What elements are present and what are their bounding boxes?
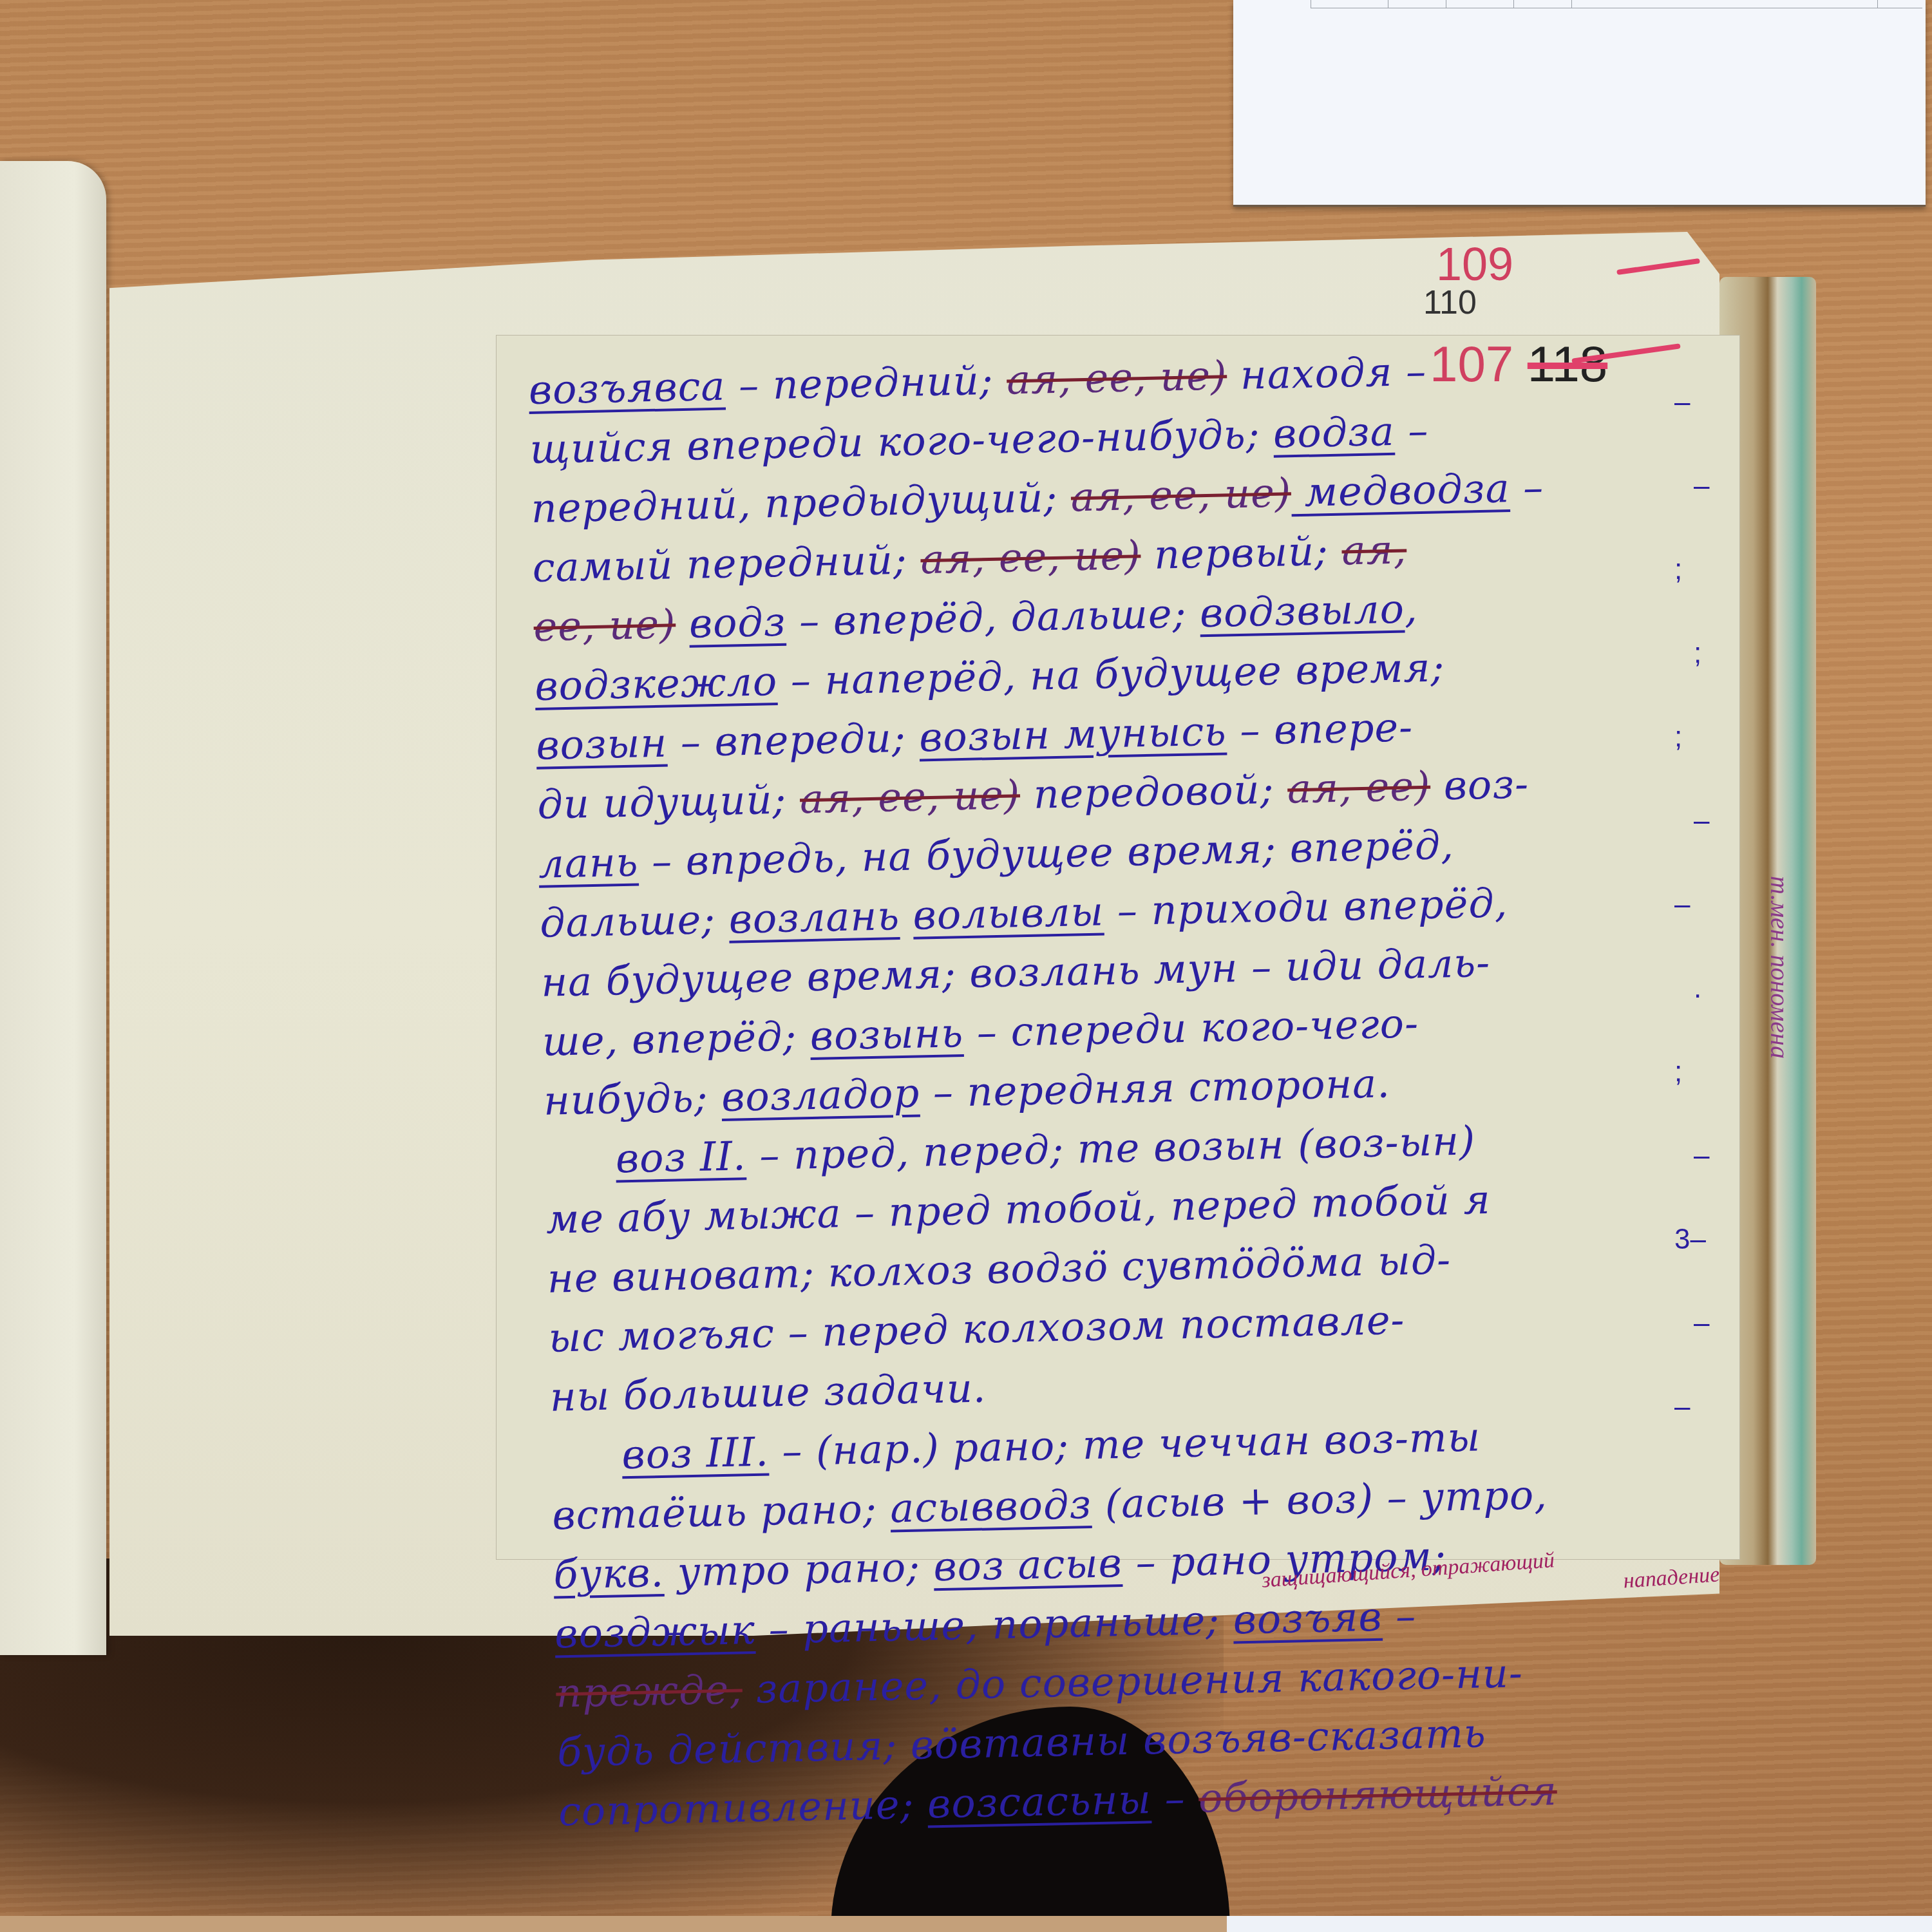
white-sheet-corner <box>1233 0 1926 207</box>
definition-text: воз- <box>1430 761 1529 810</box>
margin-note: т.мен. пономена <box>1765 876 1795 1059</box>
definition-text: самый передний; <box>532 536 921 591</box>
headword: лань <box>538 838 639 887</box>
definition-text: заранее, до совершения какого-ни- <box>742 1649 1524 1712</box>
definition-text: (асыв + воз) – утро, <box>1091 1471 1548 1528</box>
definition-text: – <box>1394 407 1429 455</box>
struck-text: прежде, <box>556 1665 743 1716</box>
definition-text: сопротивление; <box>558 1781 927 1835</box>
margin-tick: – <box>1674 889 1690 921</box>
struck-text: ее, ие) <box>533 600 676 650</box>
headword: воз асыв <box>933 1539 1123 1590</box>
definition-text: – (нар.) рано; те чеччан воз-ты <box>768 1413 1481 1475</box>
margin-tick: ; <box>1674 721 1682 753</box>
definition-text: ди идущий; <box>537 775 800 828</box>
table-grid-edge <box>1311 0 1922 8</box>
struck-text: ая, <box>1341 526 1407 574</box>
headword: водза <box>1273 408 1395 457</box>
headword: волывлы <box>913 887 1104 938</box>
headword: возджык <box>554 1606 756 1658</box>
headword: водзвыло <box>1199 585 1405 637</box>
definition-text: передовой; <box>1019 765 1288 818</box>
headword: возлань <box>728 892 900 943</box>
margin-tick: – <box>1674 1391 1690 1423</box>
definition-text: – пред, перед; те возын (воз-ын) <box>746 1117 1476 1179</box>
manuscript-text: возъявса – передний; ая, ее, ие) находя … <box>528 336 1770 1842</box>
page-number-middle: 110 <box>1423 283 1477 322</box>
margin-tick: – <box>1694 470 1709 502</box>
headword: водз <box>688 598 786 647</box>
definition-text: передний, предыдущий; <box>531 473 1072 532</box>
headword: возынь <box>810 1009 964 1059</box>
headword: возладор <box>721 1070 920 1121</box>
definition-text: встаёшь рано; <box>552 1485 891 1539</box>
definition-text: – спереди кого-чего- <box>963 999 1419 1056</box>
margin-tick: – <box>1694 1140 1709 1172</box>
definition-text: находя – <box>1226 348 1426 399</box>
headword: возсасьны <box>927 1776 1151 1827</box>
headword: возъявса <box>528 363 726 413</box>
left-page <box>0 161 106 1655</box>
definition-text: – <box>1510 464 1544 511</box>
definition-text: ше, вперёд; <box>542 1012 810 1065</box>
struck-text: ая, ее, ие) <box>799 771 1021 822</box>
struck-text: ая, ее, ие) <box>1006 352 1227 403</box>
definition-text: первый; <box>1141 527 1343 579</box>
headword: возын <box>536 719 668 769</box>
struck-text: ая, ее) <box>1287 762 1430 813</box>
margin-tick: 3– <box>1674 1224 1706 1256</box>
white-sheet-bottom <box>1227 1916 1932 1932</box>
margin-tick: . <box>1694 972 1701 1005</box>
headword: медводза <box>1291 464 1510 516</box>
headword: букв. <box>553 1549 665 1598</box>
headword: водзкежло <box>535 658 778 710</box>
definition-text: ыс могъяс – перед колхозом поставле- <box>548 1296 1405 1361</box>
definition-text: щийся впереди кого-чего-нибудь; <box>529 410 1274 473</box>
definition-text: нибудь; <box>543 1074 722 1124</box>
struck-text: ая, ее, ие) <box>1070 469 1292 520</box>
definition-text: – <box>1151 1775 1199 1823</box>
definition-text: дальше; <box>540 896 730 947</box>
definition-text: – впереди; <box>667 714 920 766</box>
headword: воз II. <box>615 1132 746 1182</box>
definition-text: – впере- <box>1226 703 1414 754</box>
definition-text: – раньше, пораньше; <box>755 1596 1233 1654</box>
definition-text: ны большие задачи. <box>549 1364 987 1420</box>
headword: асывводз <box>890 1481 1092 1532</box>
definition-text: – вперёд, дальше; <box>786 589 1200 645</box>
margin-tick: ; <box>1694 638 1701 670</box>
margin-tick: – <box>1674 386 1690 419</box>
struck-text: обороняющийся <box>1198 1767 1557 1822</box>
margin-tick: – <box>1694 805 1709 837</box>
definition-text: – наперёд, на будущее время; <box>777 643 1445 705</box>
margin-tick: – <box>1694 1307 1709 1340</box>
definition-text: , <box>1404 585 1418 632</box>
definition-text <box>675 600 689 647</box>
definition-text <box>899 892 913 939</box>
margin-tick: ; <box>1674 554 1682 586</box>
definition-text: – передний; <box>725 356 1007 409</box>
margin-tick: ; <box>1674 1056 1682 1088</box>
definition-text: утро рано; <box>663 1543 934 1596</box>
headword: возын мунысь <box>919 707 1227 761</box>
definition-text: – приходи вперёд, <box>1103 879 1508 934</box>
headword: воз III. <box>621 1428 770 1479</box>
definition-text: – впредь, на будущее время; вперёд, <box>638 821 1455 885</box>
struck-text: ая, ее, ие) <box>920 531 1142 583</box>
definition-text: – передняя сторона. <box>919 1059 1390 1116</box>
